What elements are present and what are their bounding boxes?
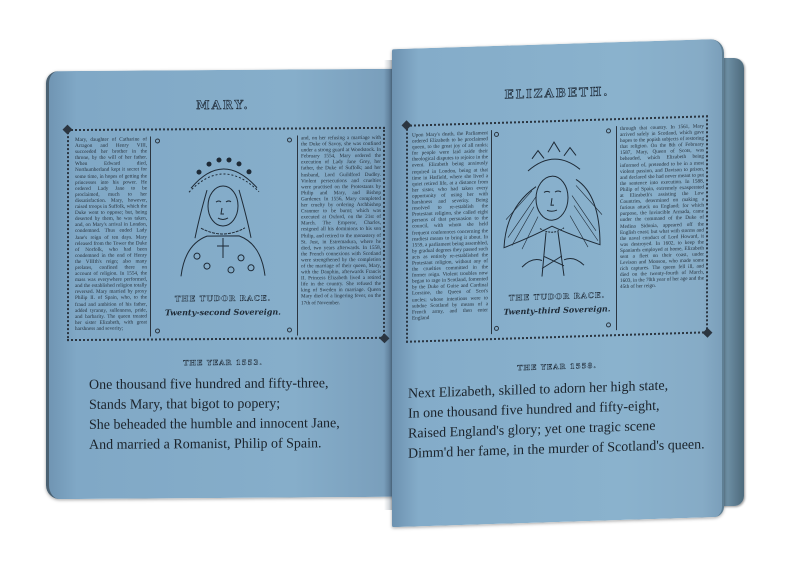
right-page: ELIZABETH. Upon Mary's death, the Parlia…: [392, 39, 724, 527]
ornament-dot: [287, 328, 292, 333]
text-column-right: through that country. In 1561, Mary arri…: [616, 123, 704, 330]
page-heading-mary: MARY.: [49, 97, 397, 113]
left-page: MARY. Mary, daughter of Catharine of Arr…: [46, 69, 397, 499]
open-book: MARY. Mary, daughter of Catharine of Arr…: [0, 0, 800, 586]
page-heading-elizabeth: ELIZABETH.: [392, 81, 722, 105]
poem-stanza: Next Elizabeth, skilled to adorn her hig…: [408, 375, 705, 464]
ornament-dot: [287, 138, 292, 143]
portrait-elizabeth-icon: [492, 134, 616, 288]
poem-line: One thousand five hundred and fifty-thre…: [89, 374, 340, 396]
poem-line: She beheaded the humble and innocent Jan…: [89, 414, 340, 436]
text-column-left: Upon Mary's death, the Parliament ordere…: [412, 130, 492, 337]
poem-line: Stands Mary, that bigot to popery;: [89, 394, 340, 416]
ornament-dot: [155, 138, 160, 143]
poem-stanza: One thousand five hundred and fifty-thre…: [89, 374, 340, 456]
year-heading: THE YEAR 1558.: [392, 357, 722, 376]
ornament-dot: [155, 328, 160, 333]
year-heading: THE YEAR 1553.: [49, 357, 397, 368]
poem-line: And married a Romanist, Philip of Spain.: [89, 434, 340, 456]
portrait-mary-icon: [161, 148, 285, 279]
